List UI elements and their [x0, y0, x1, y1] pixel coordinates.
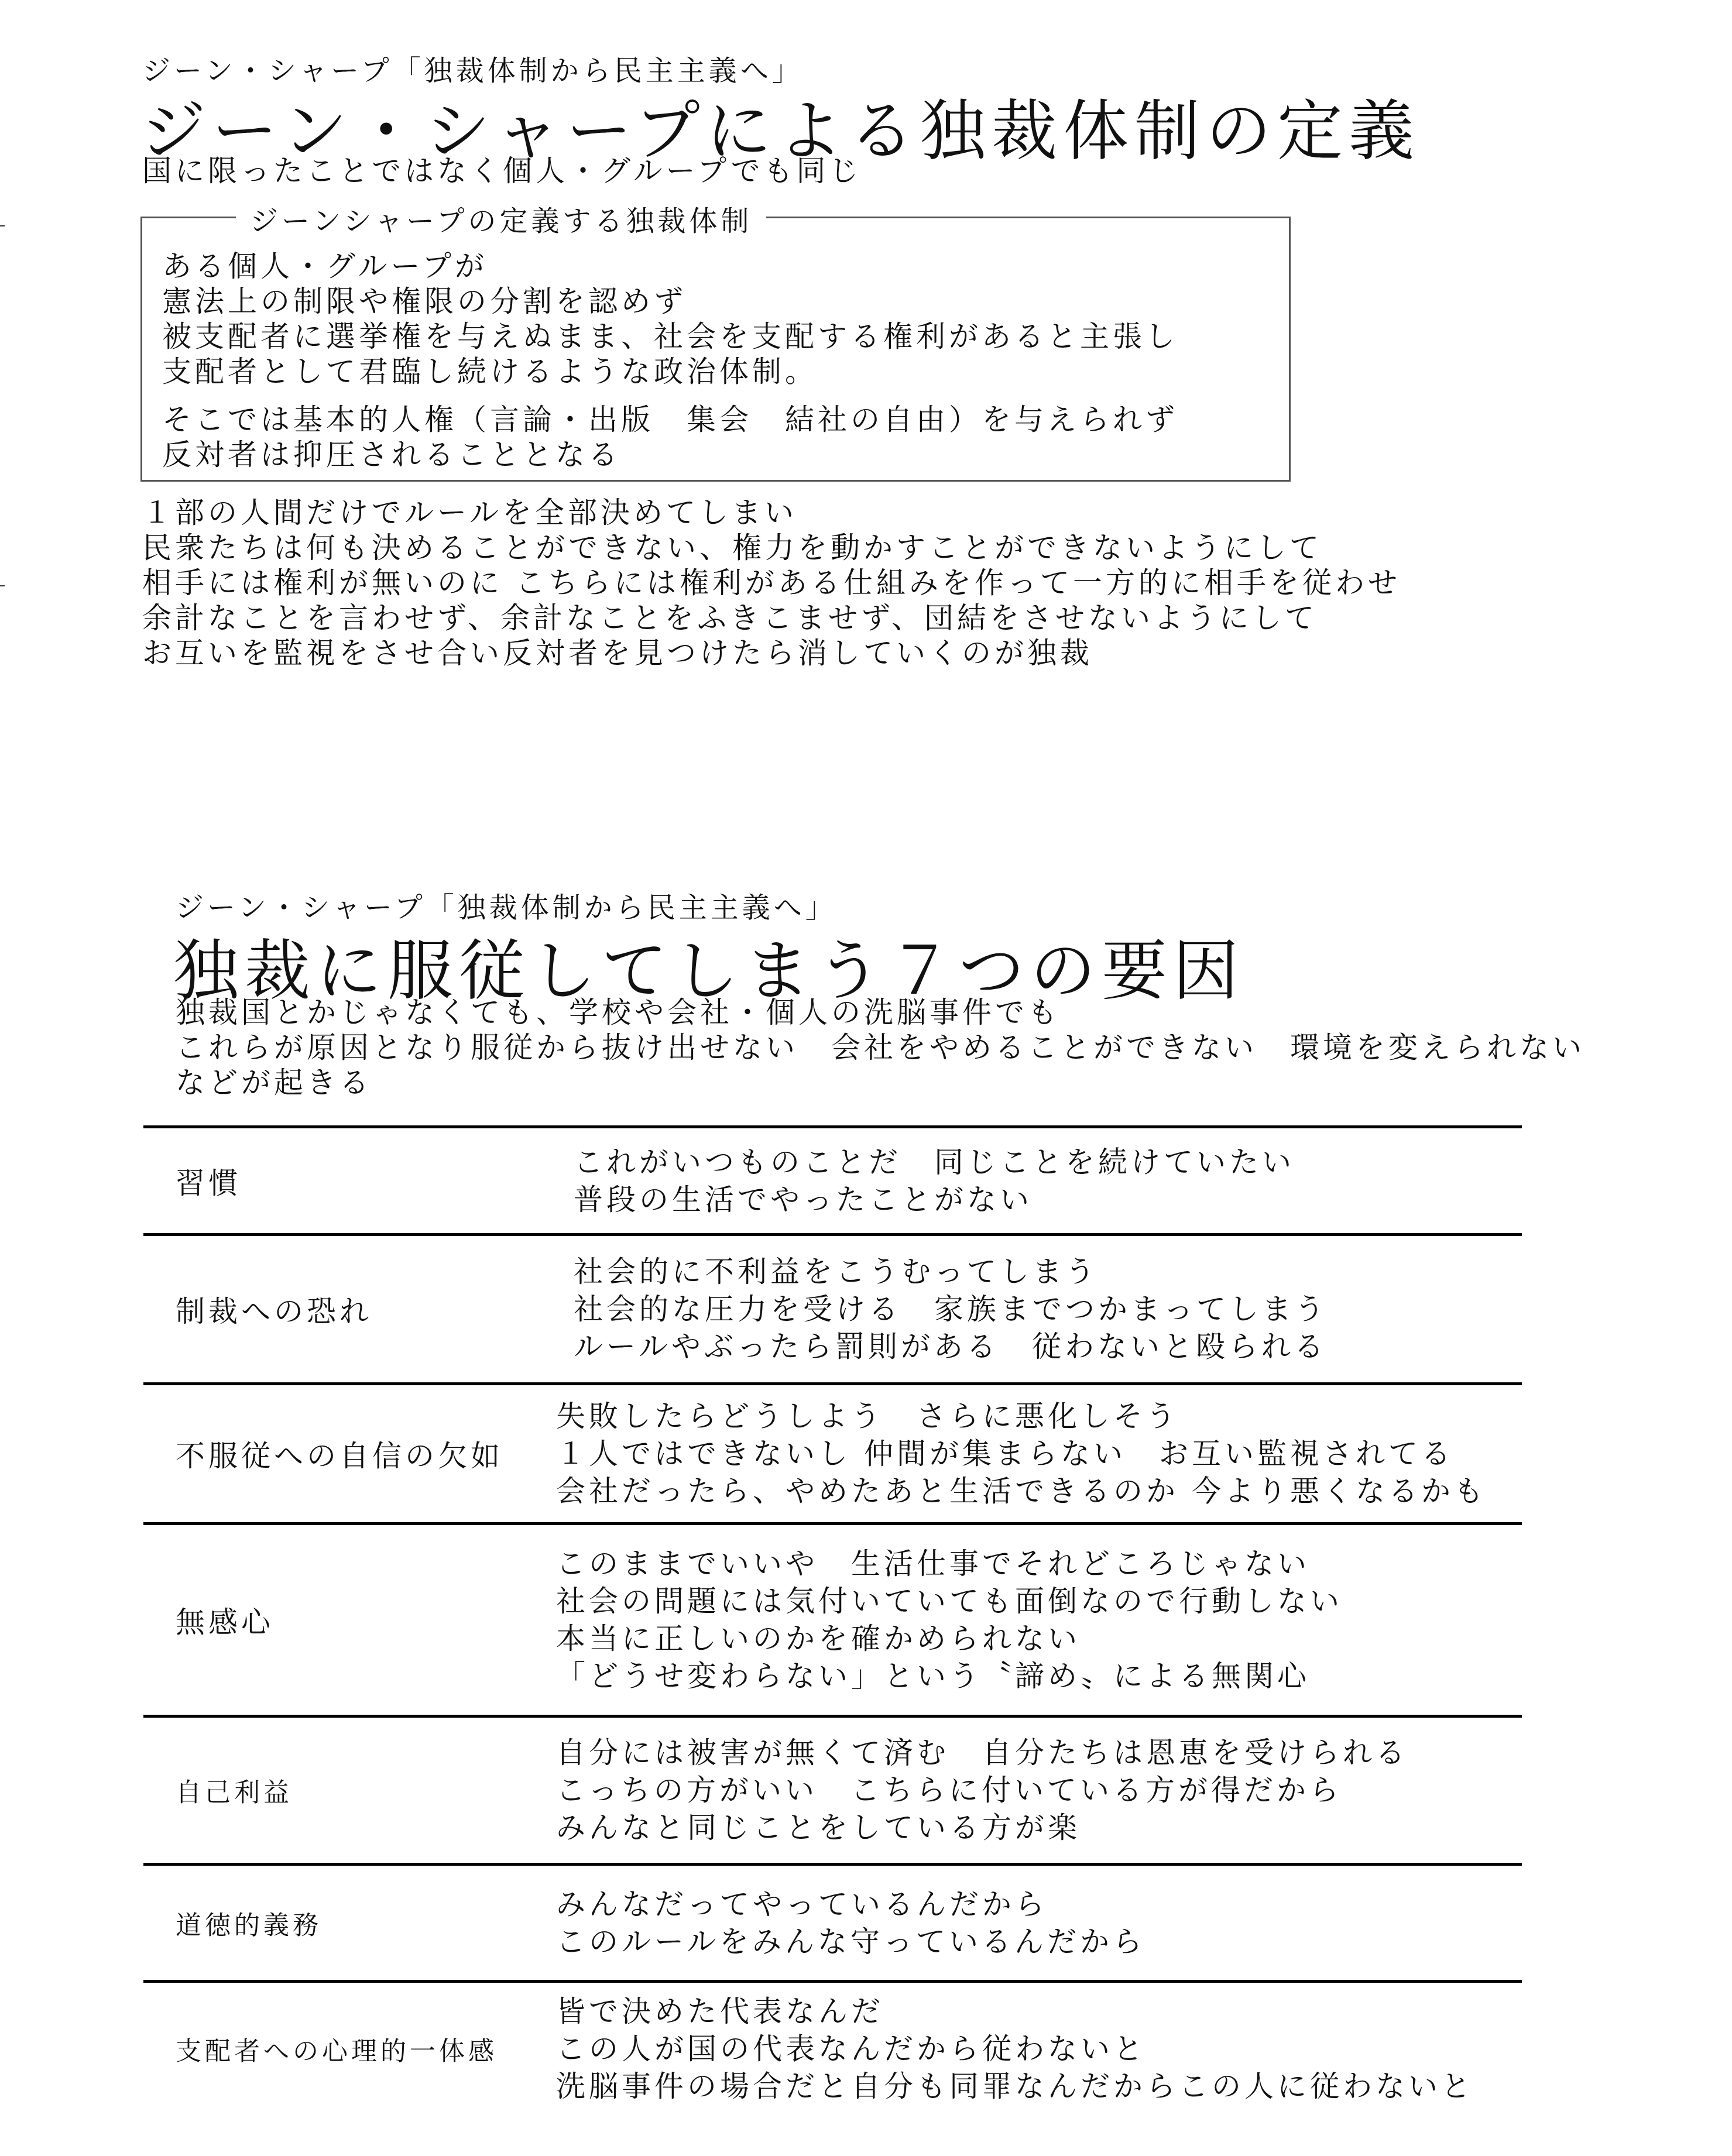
factor-category: 無感心 [176, 1599, 274, 1641]
section1-lead: 国に限ったことではなく個人・グループでも同じ [142, 147, 862, 190]
factor-line: 自分には被害が無くて済む 自分たちは恩恵を受けられる [556, 1734, 1408, 1772]
paragraph-line: １部の人間だけでルールを全部決めてしまい [142, 495, 1401, 530]
factor-line: ルールやぶったら罰則がある 従わないと殴られる [574, 1328, 1328, 1365]
lead-line: これらが原因となり服従から抜け出せない 会社をやめることができない 環境を変えら… [176, 1030, 1585, 1065]
factor-description: 自分には被害が無くて済む 自分たちは恩恵を受けられる こっちの方がいい こちらに… [556, 1734, 1408, 1846]
box-line: 反対者は抑圧されることとなる [162, 437, 1178, 472]
factor-line: 「どうせ変わらない」という〝諦め〟による無関心 [556, 1657, 1343, 1695]
box-line: ある個人・グループが [162, 249, 1178, 284]
factor-category: 不服従への自信の欠如 [176, 1433, 503, 1475]
factor-line: こっちの方がいい こちらに付いている方が得だから [556, 1772, 1408, 1809]
edge-mark [0, 585, 5, 586]
factor-description: このままでいいや 生活仕事でそれどころじゃない 社会の問題には気付いていても面倒… [556, 1545, 1343, 1695]
section2-lead: 独裁国とかじゃなくても、学校や会社・個人の洗脳事件でも これらが原因となり服従か… [176, 995, 1585, 1100]
paragraph-line: 民衆たちは何も決めることができない、権力を動かすことができないようにして [142, 530, 1401, 565]
factor-row: 制裁への恐れ 社会的に不利益をこうむってしまう 社会的な圧力を受ける 家族までつ… [143, 1233, 1522, 1382]
paragraph-line: 余計なことを言わせず、余計なことをふきこませず、団結をさせないようにして [142, 600, 1401, 636]
definition-box-content: ある個人・グループが 憲法上の制限や権限の分割を認めず 被支配者に選挙権を与えぬ… [162, 249, 1178, 472]
factor-description: これがいつものことだ 同じことを続けていたい 普段の生活でやったことがない [574, 1144, 1295, 1218]
factor-line: 皆で決めた代表なんだ [556, 1993, 1474, 2030]
factor-row: 道徳的義務 みんなだってやっているんだから このルールをみんな守っているんだから [143, 1863, 1522, 1980]
factor-row: 支配者への心理的一体感 皆で決めた代表なんだ この人が国の代表なんだから従わない… [143, 1980, 1522, 2114]
factor-line: このままでいいや 生活仕事でそれどころじゃない [556, 1545, 1343, 1582]
edge-mark [0, 225, 5, 226]
definition-box-legend: ジーンシャープの定義する独裁体制 [236, 198, 766, 239]
factor-line: 洗脳事件の場合だと自分も同罪なんだからこの人に従わないと [556, 2068, 1474, 2105]
factor-line: １人ではできないし 仲間が集まらない お互い監視されてる [556, 1435, 1487, 1472]
box-line: 支配者として君臨し続けるような政治体制。 [162, 354, 1178, 389]
factor-line: みんなだってやっているんだから [556, 1886, 1145, 1923]
factor-line: 失敗したらどうしよう さらに悪化しそう [556, 1398, 1487, 1435]
factor-description: 皆で決めた代表なんだ この人が国の代表なんだから従わないと 洗脳事件の場合だと自… [556, 1993, 1474, 2105]
box-line: 憲法上の制限や権限の分割を認めず [162, 284, 1178, 319]
box-line: 被支配者に選挙権を与えぬまま、社会を支配する権利があると主張し [162, 319, 1178, 354]
factor-line: 社会の問題には気付いていても面倒なので行動しない [556, 1582, 1343, 1620]
factor-description: 社会的に不利益をこうむってしまう 社会的な圧力を受ける 家族までつかまってしまう… [574, 1253, 1328, 1365]
factor-category: 道徳的義務 [176, 1904, 322, 1942]
factor-line: 本当に正しいのかを確かめられない [556, 1620, 1343, 1657]
paragraph-line: 相手には権利が無いのに こちらには権利がある仕組みを作って一方的に相手を従わせ [142, 565, 1401, 600]
definition-box: ジーンシャープの定義する独裁体制 ある個人・グループが 憲法上の制限や権限の分割… [140, 217, 1291, 482]
factor-line: 社会的に不利益をこうむってしまう [574, 1253, 1328, 1290]
factor-line: 会社だったら、やめたあと生活できるのか 今より悪くなるかも [556, 1472, 1487, 1510]
factor-row: 自己利益 自分には被害が無くて済む 自分たちは恩恵を受けられる こっちの方がいい… [143, 1715, 1522, 1863]
factor-row: 無感心 このままでいいや 生活仕事でそれどころじゃない 社会の問題には気付いてい… [143, 1522, 1522, 1715]
factors-table: 習慣 これがいつものことだ 同じことを続けていたい 普段の生活でやったことがない… [143, 1125, 1522, 2114]
box-line: そこでは基本的人権（言論・出版 集会 結社の自由）を与えられず [162, 402, 1178, 437]
factor-line: 社会的な圧力を受ける 家族までつかまってしまう [574, 1290, 1328, 1328]
factor-line: この人が国の代表なんだから従わないと [556, 2030, 1474, 2068]
factor-line: このルールをみんな守っているんだから [556, 1923, 1145, 1961]
lead-line: などが起きる [176, 1065, 1585, 1100]
factor-description: みんなだってやっているんだから このルールをみんな守っているんだから [556, 1886, 1145, 1961]
factor-row: 習慣 これがいつものことだ 同じことを続けていたい 普段の生活でやったことがない [143, 1125, 1522, 1233]
factor-description: 失敗したらどうしよう さらに悪化しそう １人ではできないし 仲間が集まらない お… [556, 1398, 1487, 1510]
paragraph-line: お互いを監視をさせ合い反対者を見つけたら消していくのが独裁 [142, 636, 1401, 671]
factor-line: みんなと同じことをしている方が楽 [556, 1809, 1408, 1846]
factor-line: 普段の生活でやったことがない [574, 1181, 1295, 1218]
factor-line: これがいつものことだ 同じことを続けていたい [574, 1144, 1295, 1181]
factor-category: 支配者への心理的一体感 [176, 2030, 498, 2068]
factor-category: 自己利益 [176, 1772, 293, 1809]
factor-category: 習慣 [176, 1160, 241, 1202]
summary-paragraph: １部の人間だけでルールを全部決めてしまい 民衆たちは何も決めることができない、権… [142, 495, 1401, 671]
lead-line: 独裁国とかじゃなくても、学校や会社・個人の洗脳事件でも [176, 995, 1585, 1030]
factor-category: 制裁への恐れ [176, 1288, 372, 1330]
factor-row: 不服従への自信の欠如 失敗したらどうしよう さらに悪化しそう １人ではできないし… [143, 1382, 1522, 1522]
